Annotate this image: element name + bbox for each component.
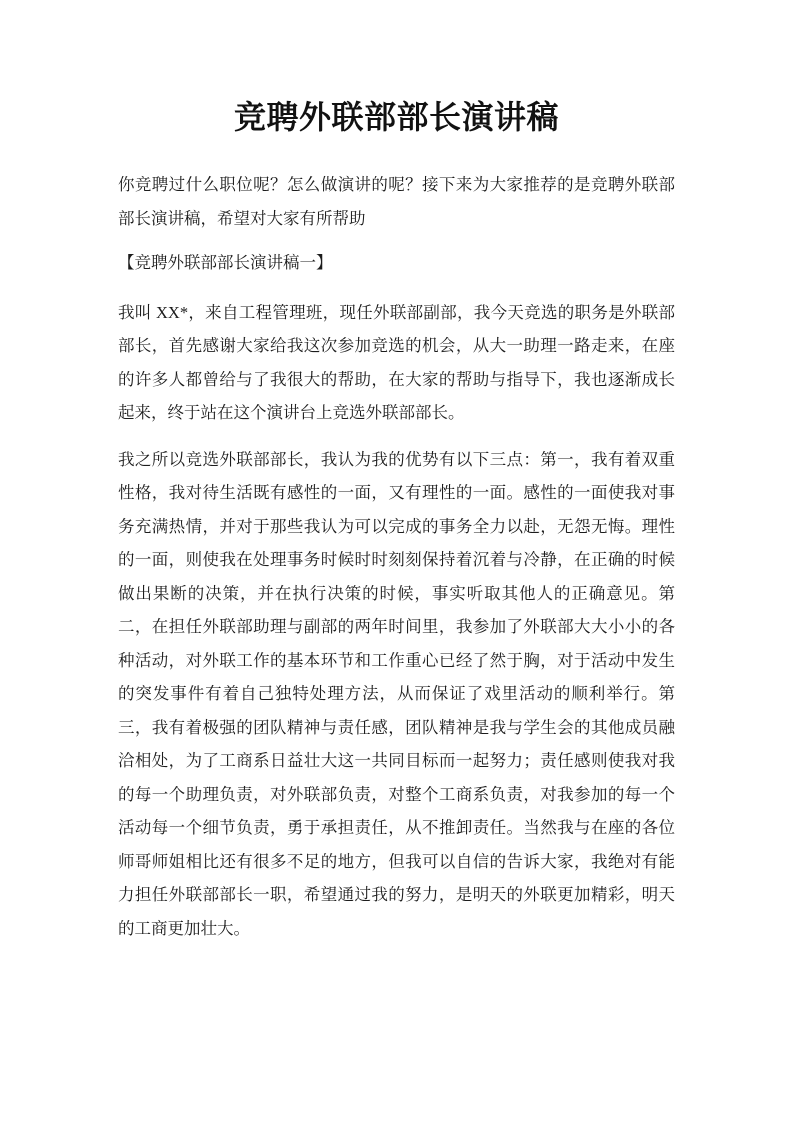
body-paragraph-2: 我之所以竞选外联部部长，我认为我的优势有以下三点：第一，我有着双重性格，我对待生… — [118, 443, 675, 946]
document-page: 竞聘外联部部长演讲稿 你竞聘过什么职位呢？怎么做演讲的呢？接下来为大家推荐的是竞… — [0, 0, 793, 1122]
section-header: 【竞聘外联部部长演讲稿一】 — [118, 246, 675, 280]
intro-paragraph: 你竞聘过什么职位呢？怎么做演讲的呢？接下来为大家推荐的是竞聘外联部部长演讲稿，希… — [118, 168, 675, 235]
body-paragraph-1: 我叫 XX*，来自工程管理班，现任外联部副部，我今天竞选的职务是外联部部长，首先… — [118, 296, 675, 430]
document-title: 竞聘外联部部长演讲稿 — [118, 96, 675, 138]
